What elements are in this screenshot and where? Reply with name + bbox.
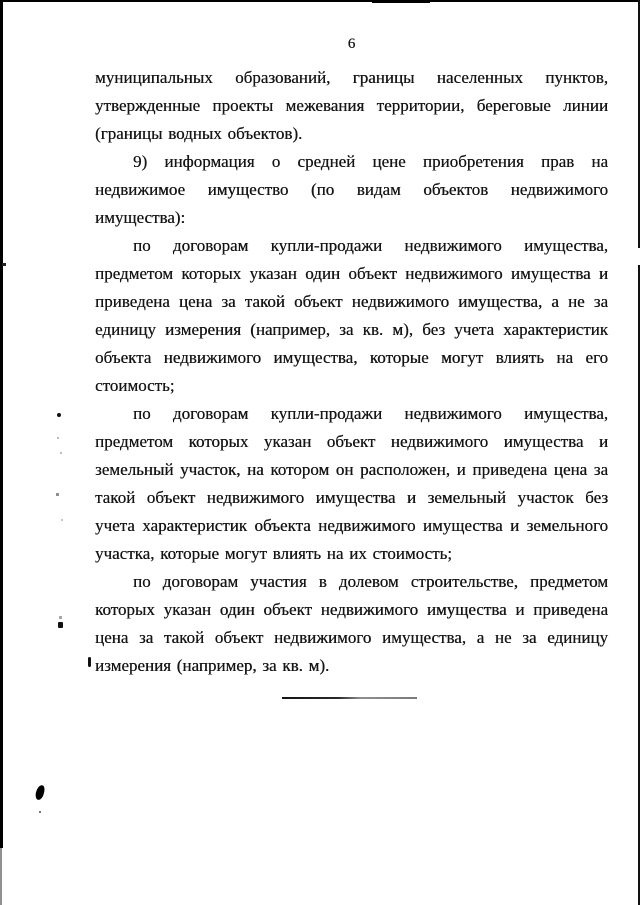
ink-speck (57, 437, 59, 439)
scan-edge-left (0, 0, 3, 848)
ink-speck (59, 616, 62, 619)
ink-speck (60, 452, 62, 454)
paragraph-sale-contracts-with-land: по договорам купли-продажи недвижимого и… (95, 400, 608, 568)
ink-speck (88, 657, 91, 667)
page-number: 6 (95, 36, 608, 53)
paragraph-shared-construction: по договорам участия в долевом строитель… (95, 568, 608, 680)
ink-speck (39, 811, 41, 813)
ink-speck (56, 493, 59, 496)
paragraph-item-9: 9) информация о средней цене приобретени… (95, 148, 608, 232)
scan-edge-left-lower (0, 848, 2, 905)
scan-edge-top-bump (372, 0, 430, 3)
paragraph-sale-contracts-single-object: по договорам купли-продажи недвижимого и… (95, 232, 608, 400)
document-page: 6 муниципальных образований, границы нас… (0, 0, 640, 905)
scan-edge-top (0, 0, 640, 2)
separator-line (282, 697, 417, 699)
paragraph-continuation: муниципальных образований, границы насел… (95, 64, 608, 148)
ink-speck (2, 263, 6, 266)
ink-speck (61, 519, 63, 521)
ink-blot (35, 784, 46, 800)
ink-speck (57, 413, 61, 417)
ink-speck (58, 622, 63, 628)
document-content: 6 муниципальных образований, границы нас… (95, 36, 608, 699)
